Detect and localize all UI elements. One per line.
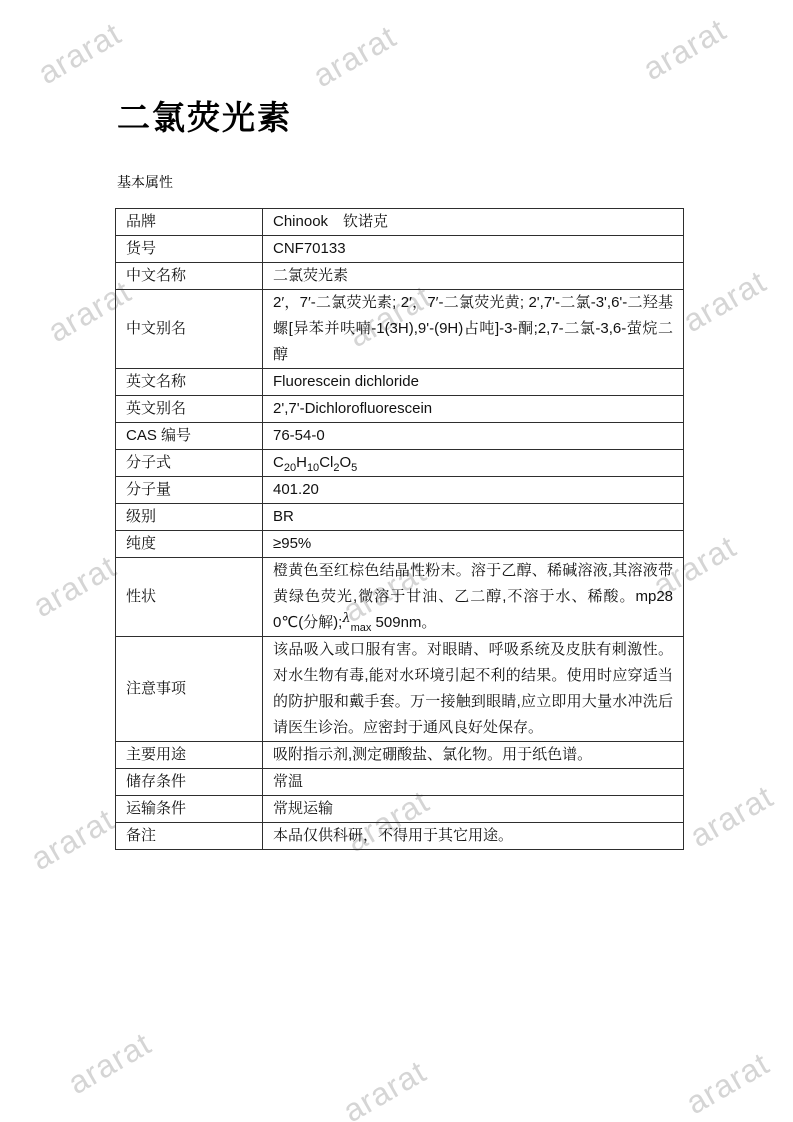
row-value: ≥95% xyxy=(263,531,684,558)
watermark-text: ararat xyxy=(337,1053,433,1122)
row-value: 2',7'-Dichlorofluorescein xyxy=(263,396,684,423)
row-label: 运输条件 xyxy=(116,796,263,823)
document-page: 二氯荧光素 基本属性 品牌Chinook 钦诺克货号CNF70133中文名称二氯… xyxy=(115,0,684,850)
table-row: 级别BR xyxy=(116,504,684,531)
row-value: Chinook 钦诺克 xyxy=(263,209,684,236)
row-label: 备注 xyxy=(116,823,263,850)
table-row: 中文名称二氯荧光素 xyxy=(116,263,684,290)
table-row: 英文别名2',7'-Dichlorofluorescein xyxy=(116,396,684,423)
properties-table: 品牌Chinook 钦诺克货号CNF70133中文名称二氯荧光素中文别名2′，7… xyxy=(115,208,684,850)
row-label: 级别 xyxy=(116,504,263,531)
watermark-text: ararat xyxy=(677,263,773,340)
row-label: CAS 编号 xyxy=(116,423,263,450)
watermark-text: ararat xyxy=(25,801,121,878)
row-label: 分子式 xyxy=(116,450,263,477)
row-label: 储存条件 xyxy=(116,769,263,796)
row-label: 中文别名 xyxy=(116,290,263,369)
table-row: 备注本品仅供科研，不得用于其它用途。 xyxy=(116,823,684,850)
row-value: BR xyxy=(263,504,684,531)
watermark-text: ararat xyxy=(32,15,128,92)
row-label: 注意事项 xyxy=(116,637,263,742)
row-label: 分子量 xyxy=(116,477,263,504)
row-value: 76-54-0 xyxy=(263,423,684,450)
watermark-text: ararat xyxy=(680,1045,776,1122)
row-value: 本品仅供科研，不得用于其它用途。 xyxy=(263,823,684,850)
table-row: 分子量401.20 xyxy=(116,477,684,504)
row-value: 2′，7′-二氯荧光素; 2′，7′-二氯荧光黄; 2',7'-二氯-3',6'… xyxy=(263,290,684,369)
row-value: 二氯荧光素 xyxy=(263,263,684,290)
table-row: CAS 编号76-54-0 xyxy=(116,423,684,450)
row-label: 纯度 xyxy=(116,531,263,558)
watermark-text: ararat xyxy=(62,1025,158,1102)
row-value: 常温 xyxy=(263,769,684,796)
page-title: 二氯荧光素 xyxy=(117,98,684,138)
row-value: Fluorescein dichloride xyxy=(263,369,684,396)
row-label: 英文别名 xyxy=(116,396,263,423)
row-label: 品牌 xyxy=(116,209,263,236)
table-row: 中文别名2′，7′-二氯荧光素; 2′，7′-二氯荧光黄; 2',7'-二氯-3… xyxy=(116,290,684,369)
row-value: CNF70133 xyxy=(263,236,684,263)
row-value: 401.20 xyxy=(263,477,684,504)
table-row: 主要用途吸附指示剂,测定硼酸盐、氯化物。用于纸色谱。 xyxy=(116,742,684,769)
row-value: 该品吸入或口服有害。对眼睛、呼吸系统及皮肤有刺激性。对水生物有毒,能对水环境引起… xyxy=(263,637,684,742)
row-label: 英文名称 xyxy=(116,369,263,396)
table-row: 分子式C20H10Cl2O5 xyxy=(116,450,684,477)
table-row: 储存条件常温 xyxy=(116,769,684,796)
watermark-text: ararat xyxy=(684,778,780,855)
row-value: C20H10Cl2O5 xyxy=(263,450,684,477)
properties-table-body: 品牌Chinook 钦诺克货号CNF70133中文名称二氯荧光素中文别名2′，7… xyxy=(116,209,684,850)
row-label: 主要用途 xyxy=(116,742,263,769)
table-row: 品牌Chinook 钦诺克 xyxy=(116,209,684,236)
table-row: 纯度≥95% xyxy=(116,531,684,558)
table-row: 运输条件常规运输 xyxy=(116,796,684,823)
table-row: 注意事项该品吸入或口服有害。对眼睛、呼吸系统及皮肤有刺激性。对水生物有毒,能对水… xyxy=(116,637,684,742)
section-label: 基本属性 xyxy=(117,172,684,192)
watermark-text: ararat xyxy=(27,548,123,625)
row-label: 货号 xyxy=(116,236,263,263)
table-row: 性状橙黄色至红棕色结晶性粉末。溶于乙醇、稀碱溶液,其溶液带黄绿色荧光,微溶于甘油… xyxy=(116,558,684,637)
row-value: 常规运输 xyxy=(263,796,684,823)
row-value: 吸附指示剂,测定硼酸盐、氯化物。用于纸色谱。 xyxy=(263,742,684,769)
table-row: 英文名称Fluorescein dichloride xyxy=(116,369,684,396)
table-row: 货号CNF70133 xyxy=(116,236,684,263)
row-label: 中文名称 xyxy=(116,263,263,290)
row-label: 性状 xyxy=(116,558,263,637)
row-value: 橙黄色至红棕色结晶性粉末。溶于乙醇、稀碱溶液,其溶液带黄绿色荧光,微溶于甘油、乙… xyxy=(263,558,684,637)
